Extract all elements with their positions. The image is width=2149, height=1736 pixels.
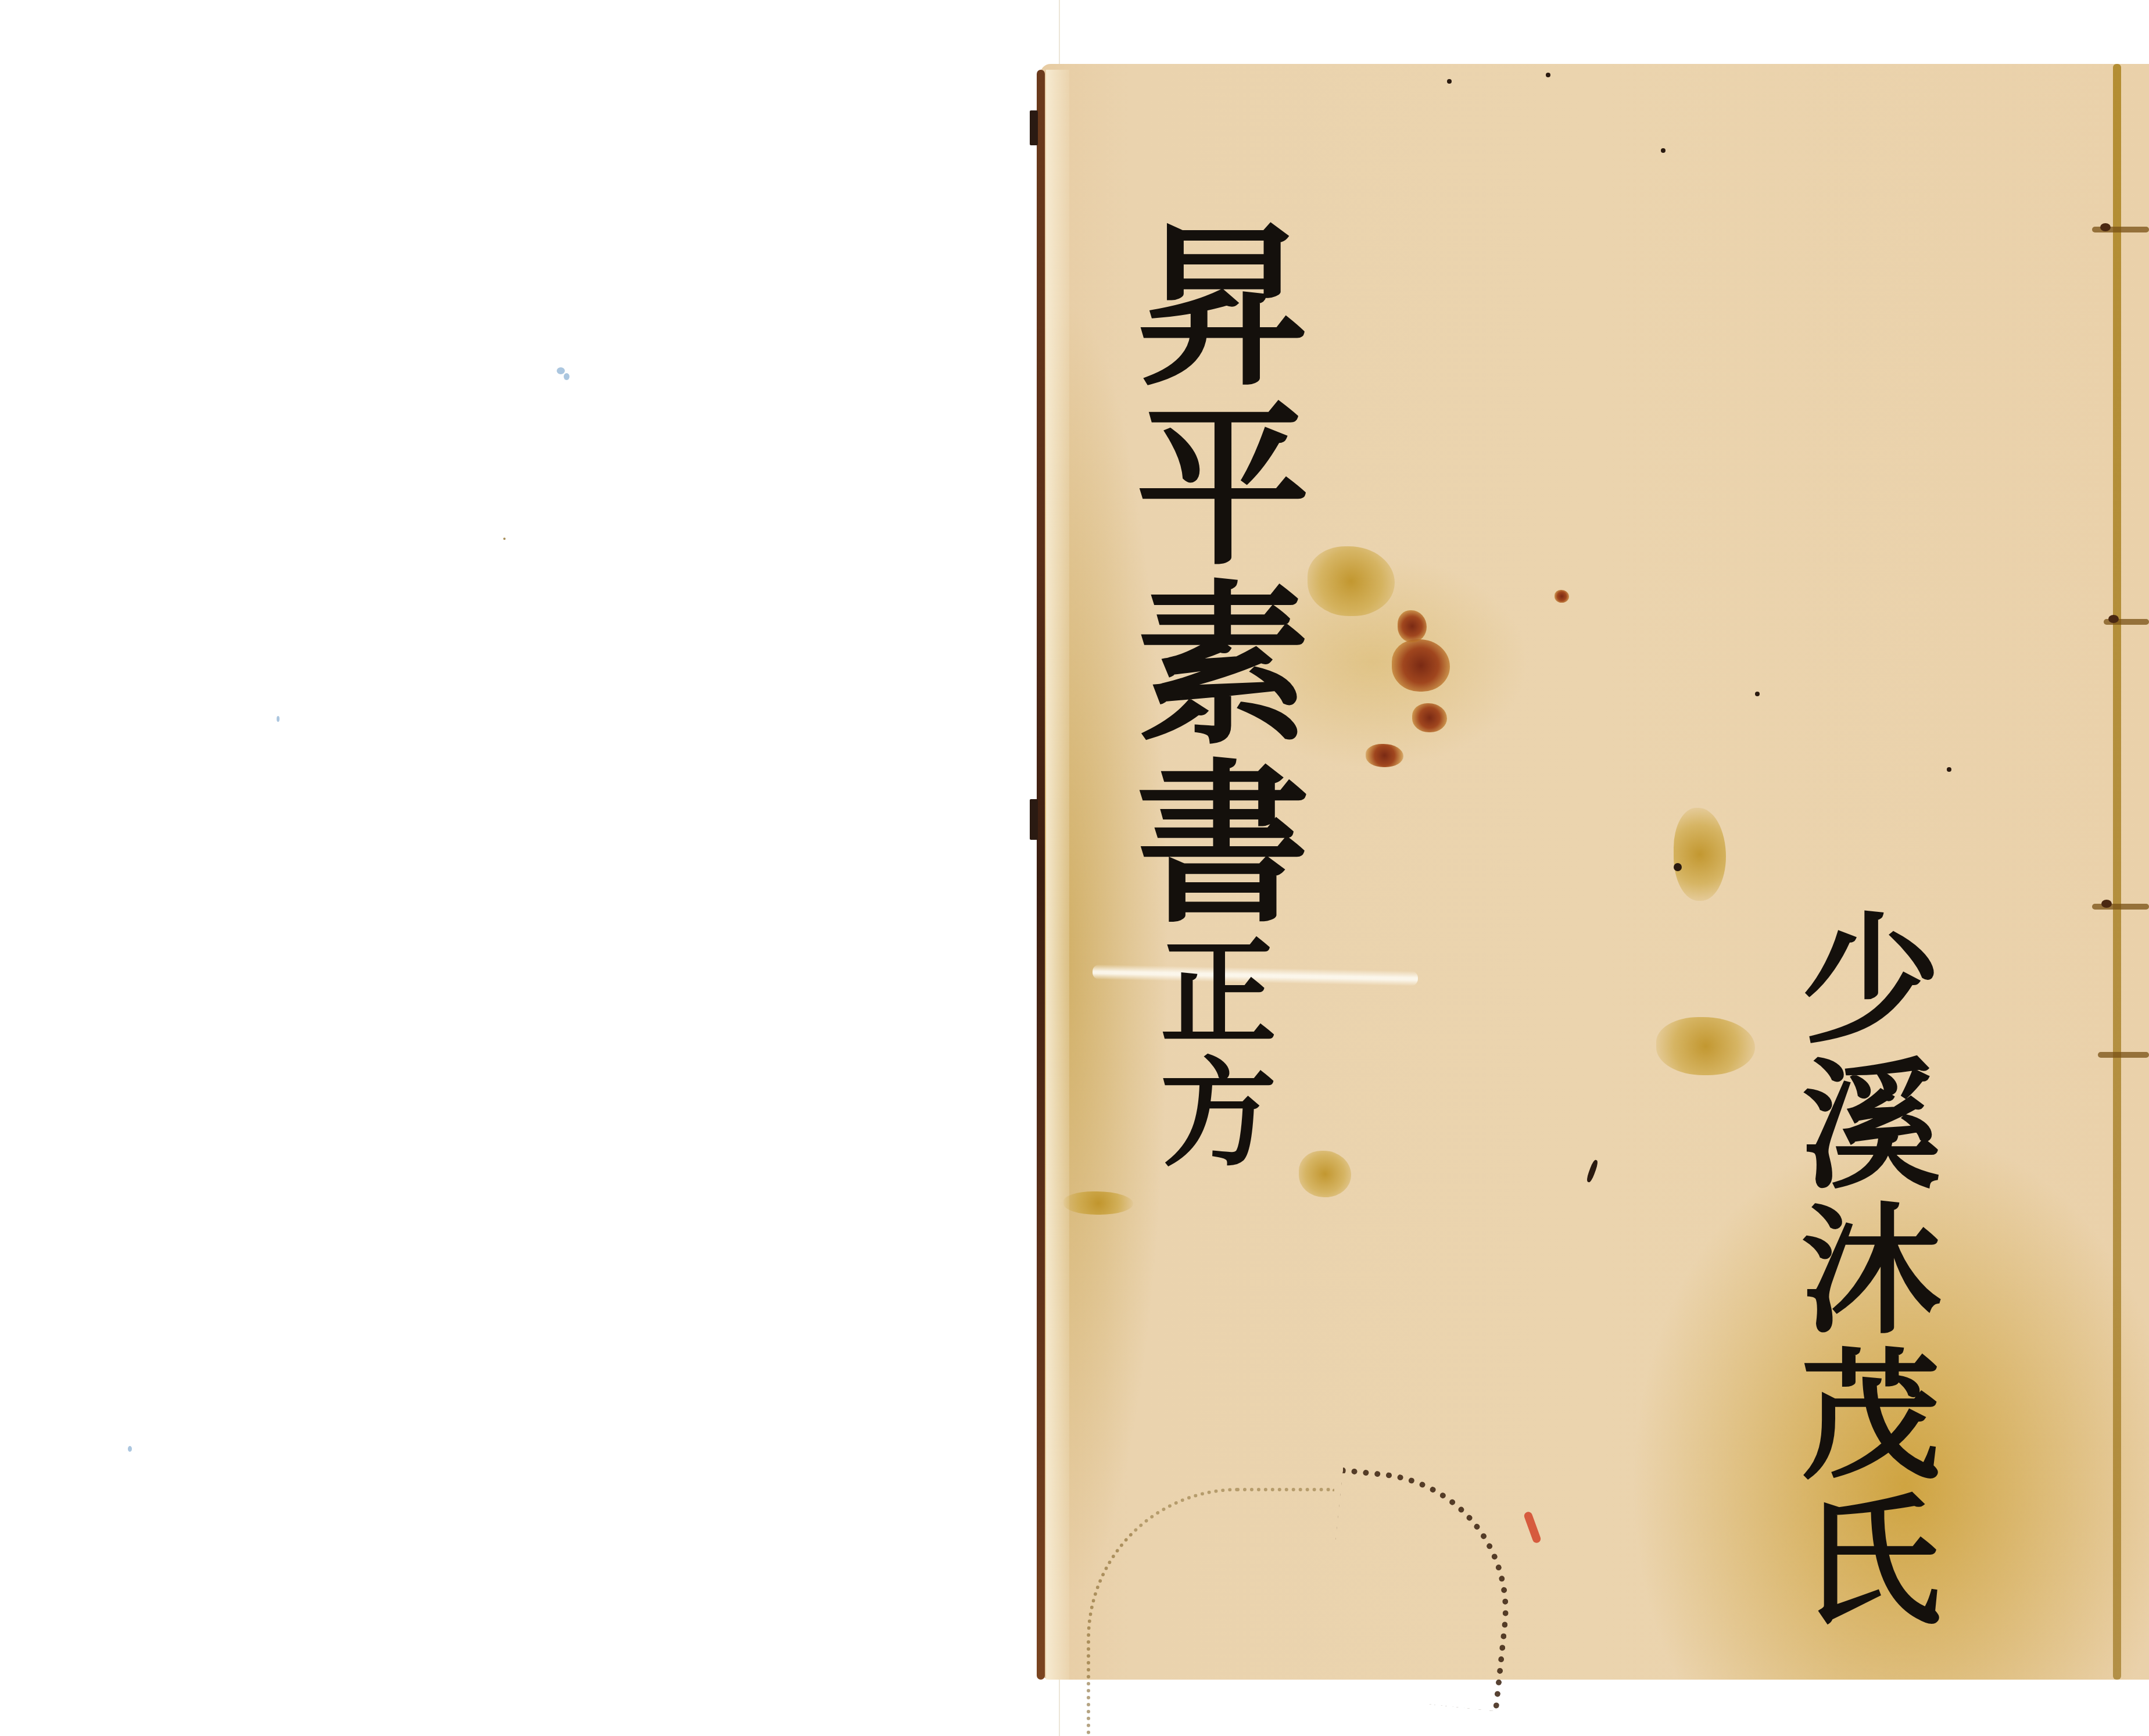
binding-thread-cross: [2098, 1052, 2149, 1058]
ink-dot: [1947, 767, 1951, 772]
blue-speck: [128, 1446, 132, 1452]
binding-knot: [2100, 223, 2111, 231]
blue-speck: [557, 367, 565, 374]
cover-title-main: 昇平素書: [1106, 215, 1312, 931]
spine-edge: [1037, 70, 1045, 1680]
tiny-dot: [503, 538, 506, 540]
ochre-stain: [1308, 546, 1395, 616]
blue-speck: [277, 716, 280, 722]
ochre-stain: [1299, 1151, 1351, 1197]
cover-title-suffix: 正方: [1141, 931, 1277, 1173]
ink-dot: [1674, 863, 1682, 871]
rust-stain: [1392, 639, 1450, 692]
ink-dot: [1546, 73, 1550, 77]
binding-knot: [2101, 900, 2112, 908]
spine-tab-middle: [1030, 799, 1038, 840]
cover-title: 昇平素書正方: [1122, 215, 1296, 1173]
ink-dot: [1755, 692, 1760, 696]
rust-stain: [1412, 703, 1447, 732]
cover-left-margin-highlight: [1046, 70, 1069, 1680]
rust-stain: [1555, 590, 1569, 603]
binding-thread-cross: [2092, 904, 2149, 910]
rust-stain: [1398, 610, 1427, 642]
ochre-stain: [1656, 1017, 1755, 1075]
binding-knot: [2108, 615, 2119, 623]
binding-thread-vertical: [2113, 64, 2121, 1680]
ochre-stain: [1063, 1191, 1133, 1215]
blue-speck: [564, 373, 570, 380]
owner-inscription: 少溪沐茂氏: [1790, 907, 1929, 1633]
blank-facing-page: [0, 0, 1034, 1736]
rust-stain: [1366, 744, 1403, 767]
ink-dot: [1661, 148, 1666, 153]
ink-dot: [1447, 79, 1452, 84]
spine-tab-top: [1030, 110, 1038, 145]
